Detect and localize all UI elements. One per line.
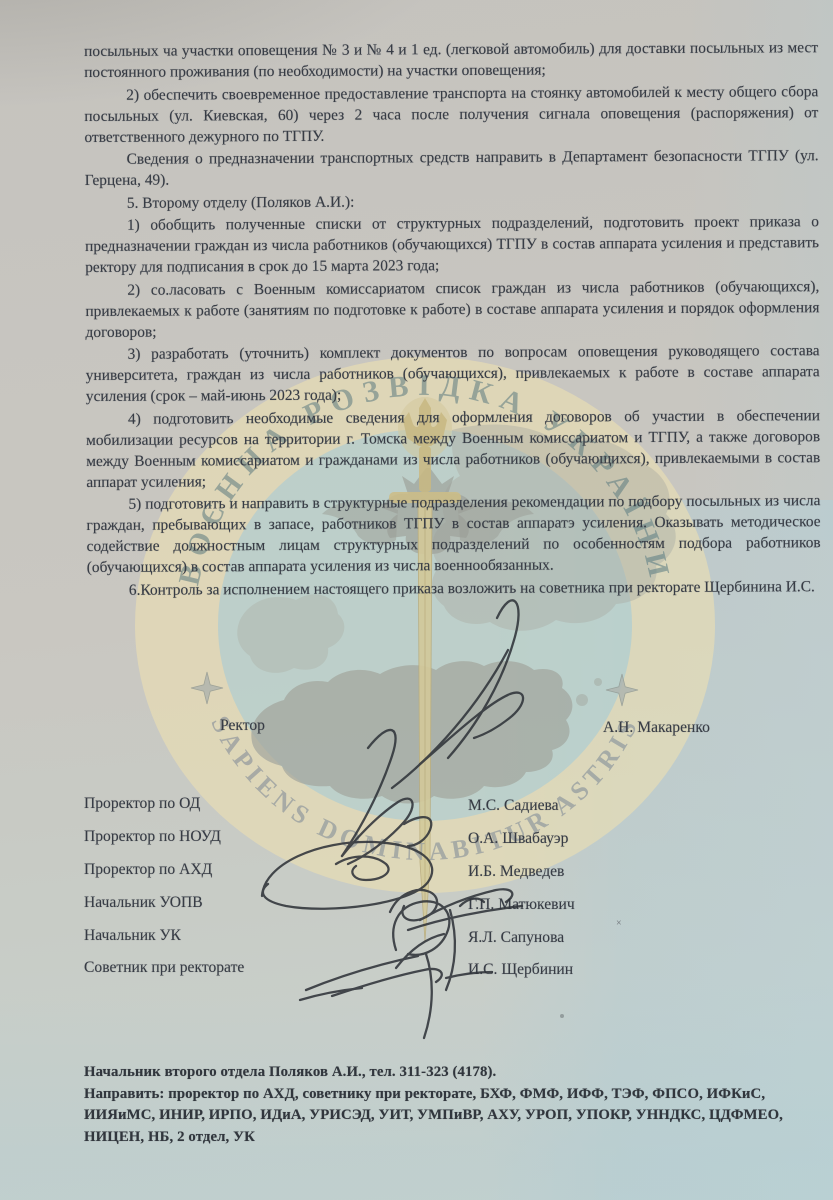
signature-role: Советник при ректорате	[84, 959, 244, 976]
paragraph: 5. Второму отделу (Поляков А.И.):	[85, 189, 819, 214]
signature-row: Проректор по АХД И.Б. Медведев	[84, 861, 212, 879]
paragraph: 2) обеспечить своевременное предоставлен…	[84, 81, 818, 148]
paragraph: 3) разработать (уточнить) комплект докум…	[86, 340, 820, 407]
watermark-map-island	[576, 694, 588, 706]
signature-sadieva	[342, 730, 431, 864]
signature-makarenko	[392, 600, 523, 788]
signature-role: Проректор по АХД	[84, 861, 212, 878]
watermark-star-left	[191, 672, 223, 704]
watermark-map-central	[251, 661, 572, 803]
signoff-name: А.Н. Макаренко	[603, 719, 710, 737]
signature-name: Я.Л. Сапунова	[468, 929, 564, 947]
ink-speck: ×	[616, 920, 627, 928]
watermark-ring-text-bottom: SAPIENS DOMINABITUR ASTRIS	[205, 711, 645, 866]
signature-row: Проректор по ОД М.С. Садиева	[84, 795, 200, 813]
paragraph: Сведения о предназначении транспортных с…	[85, 145, 819, 191]
signature-role: Начальник УОПВ	[84, 894, 203, 911]
signature-role: Начальник УК	[84, 927, 181, 944]
signature-role: Проректор по ОД	[84, 795, 200, 812]
ink-speck	[560, 1014, 564, 1018]
paragraph: 5) подготовить и направить в структурные…	[86, 490, 820, 578]
footer-distribution-line: Направить: проректор по АХД, советнику п…	[84, 1084, 793, 1149]
signature-name: М.С. Садиева	[468, 797, 559, 815]
signature-row: Начальник УОПВ Г.П. Матюкевич	[84, 894, 203, 912]
watermark-map-island	[594, 678, 602, 686]
signature-name: И.Б. Медведев	[468, 863, 564, 881]
paragraph: 4) подготовить необходимые сведения для …	[86, 405, 820, 493]
signature-name: Г.П. Матюкевич	[468, 896, 575, 914]
paragraph: 2) со.ласовать с Военным комиссариатом с…	[85, 276, 819, 343]
footer-contact-line: Начальник второго отдела Поляков А.И., т…	[84, 1062, 793, 1084]
paragraph: 6.Контроль за исполнением настоящего при…	[87, 576, 821, 601]
signature-name: О.А. Швабауэр	[468, 830, 568, 848]
signature-shcherbinin	[300, 934, 492, 1038]
footer-distribution-block: Начальник второго отдела Поляков А.И., т…	[84, 1062, 793, 1148]
order-body-text: посыльных ча участки оповещения № 3 и № …	[84, 37, 821, 602]
signature-medvedev	[262, 842, 432, 909]
scanned-document-page: ВОЄННА РОЗВІДКА УКРАЇНИ SAPIENS DOMINABI…	[0, 0, 833, 1200]
signature-name: И.С. Щербинин	[468, 961, 573, 979]
watermark-map-left	[237, 594, 344, 673]
signature-row: Начальник УК Я.Л. Сапунова	[84, 927, 181, 945]
signoff-role: Ректор	[220, 717, 265, 735]
paragraph: 1) обобщить полученные списки от структу…	[85, 211, 819, 278]
signature-role: Проректор по НОУД	[84, 828, 221, 845]
svg-text:SAPIENS DOMINABITUR ASTRIS: SAPIENS DOMINABITUR ASTRIS	[205, 711, 645, 866]
signature-row: Проректор по НОУД О.А. Швабауэр	[84, 828, 221, 846]
watermark-star-right	[606, 674, 638, 706]
signature-row: Советник при ректорате И.С. Щербинин	[84, 959, 244, 977]
paragraph: посыльных ча участки оповещения № 3 и № …	[84, 37, 818, 83]
